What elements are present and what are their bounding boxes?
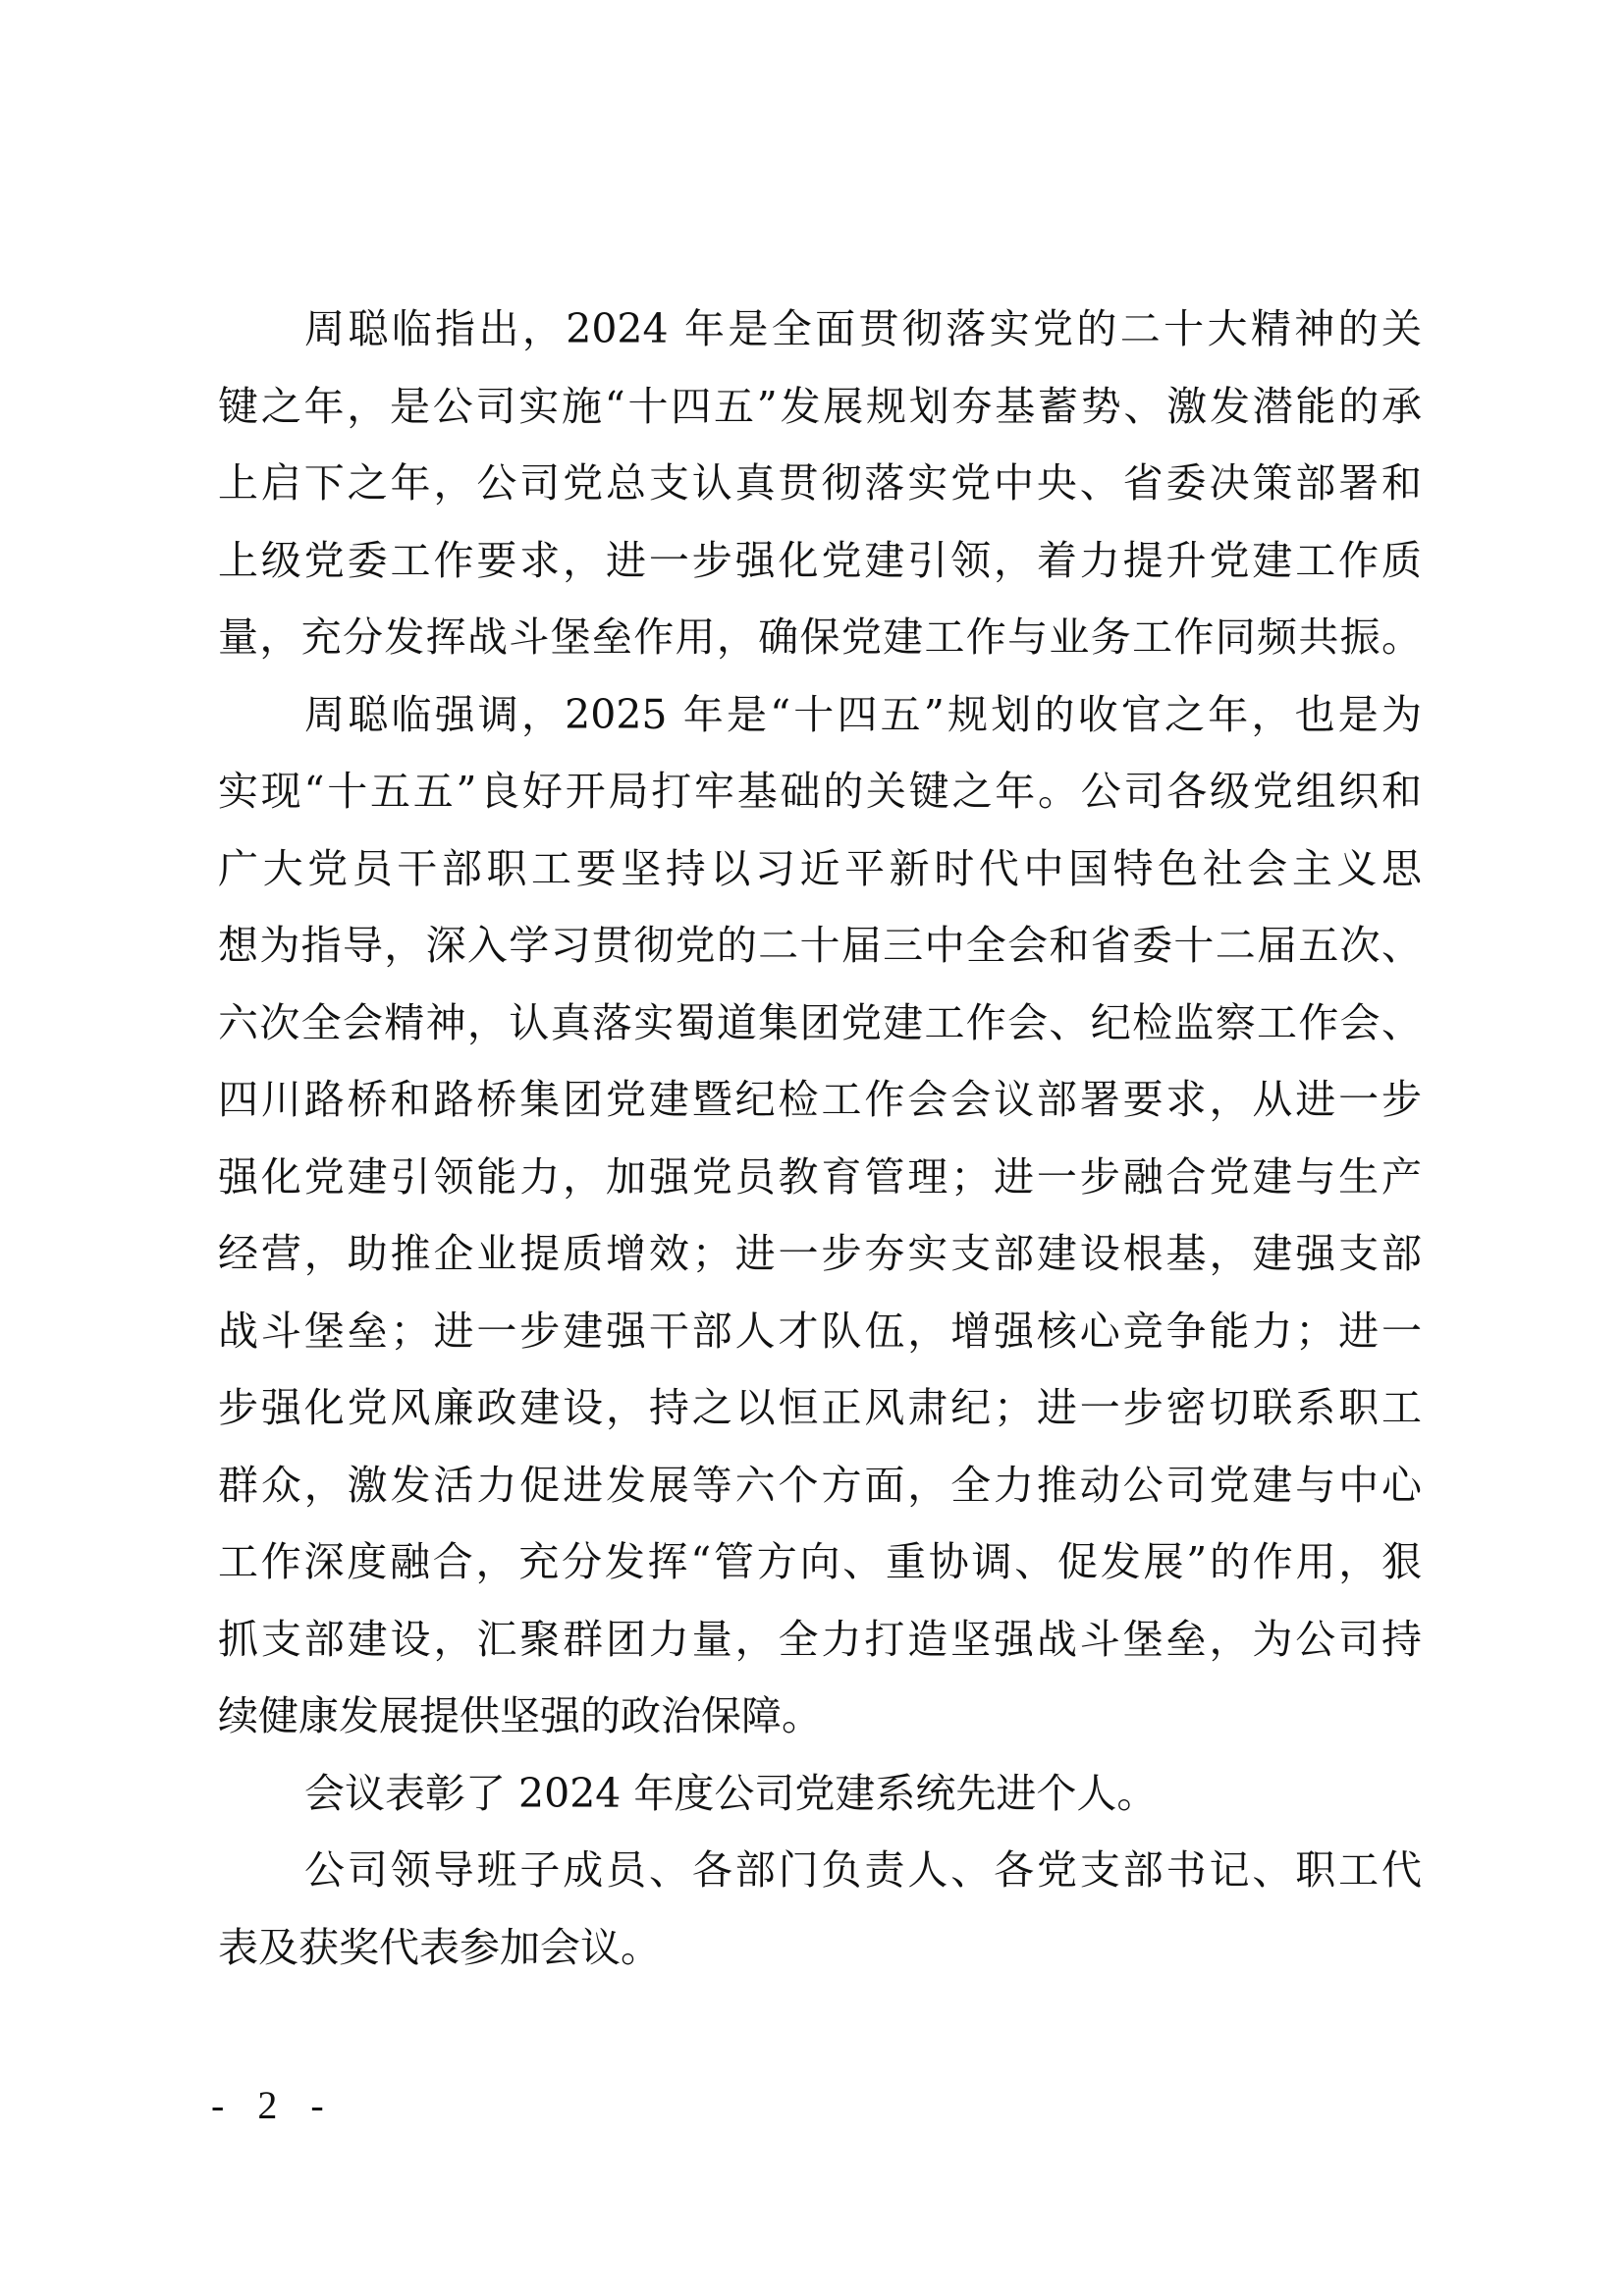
document-page: 周聪临指出，2024 年是全面贯彻落实党的二十大精神的关 键之年，是公司实施“十… [0, 0, 1624, 2296]
text-line: 抓支部建设，汇聚群团力量，全力打造坚强战斗堡垒，为公司持 [218, 1601, 1422, 1679]
text-line: 实现“十五五”良好开局打牢基础的关键之年。公司各级党组织和 [218, 753, 1422, 830]
document-body: 周聪临指出，2024 年是全面贯彻落实党的二十大精神的关 键之年，是公司实施“十… [218, 291, 1422, 1986]
text-line: 四川路桥和路桥集团党建暨纪检工作会会议部署要求，从进一步 [218, 1061, 1422, 1139]
paragraph-4: 公司领导班子成员、各部门负责人、各党支部书记、职工代 表及获奖代表参加会议。 [218, 1832, 1422, 1986]
text-line: 六次全会精神，认真落实蜀道集团党建工作会、纪检监察工作会、 [218, 985, 1422, 1062]
text-line: 公司领导班子成员、各部门负责人、各党支部书记、职工代 [218, 1832, 1422, 1909]
paragraph-1: 周聪临指出，2024 年是全面贯彻落实党的二十大精神的关 键之年，是公司实施“十… [218, 291, 1422, 676]
text-line: 想为指导，深入学习贯彻党的二十届三中全会和省委十二届五次、 [218, 907, 1422, 985]
text-line: 广大党员干部职工要坚持以习近平新时代中国特色社会主义思 [218, 830, 1422, 908]
text-line: 强化党建引领能力，加强党员教育管理；进一步融合党建与生产 [218, 1139, 1422, 1216]
text-line: 经营，助推企业提质增效；进一步夯实支部建设根基，建强支部 [218, 1215, 1422, 1293]
text-line: 表及获奖代表参加会议。 [218, 1909, 1422, 1987]
page-number: - 2 - [211, 2081, 336, 2130]
text-line: 上级党委工作要求，进一步强化党建引领，着力提升党建工作质 [218, 522, 1422, 600]
text-line: 工作深度融合，充分发挥“管方向、重协调、促发展”的作用，狠 [218, 1523, 1422, 1601]
paragraph-3: 会议表彰了 2024 年度公司党建系统先进个人。 [218, 1755, 1422, 1833]
text-line: 上启下之年，公司党总支认真贯彻落实党中央、省委决策部署和 [218, 445, 1422, 522]
paragraph-2: 周聪临强调，2025 年是“十四五”规划的收官之年，也是为 实现“十五五”良好开… [218, 676, 1422, 1755]
text-line: 会议表彰了 2024 年度公司党建系统先进个人。 [218, 1755, 1422, 1833]
text-line: 群众，激发活力促进发展等六个方面，全力推动公司党建与中心 [218, 1447, 1422, 1524]
text-line: 周聪临指出，2024 年是全面贯彻落实党的二十大精神的关 [218, 291, 1422, 368]
text-line: 周聪临强调，2025 年是“十四五”规划的收官之年，也是为 [218, 676, 1422, 754]
text-line: 量，充分发挥战斗堡垒作用，确保党建工作与业务工作同频共振。 [218, 599, 1422, 676]
text-line: 续健康发展提供坚强的政治保障。 [218, 1678, 1422, 1755]
text-line: 战斗堡垒；进一步建强干部人才队伍，增强核心竞争能力；进一 [218, 1293, 1422, 1370]
text-line: 键之年，是公司实施“十四五”发展规划夯基蓄势、激发潜能的承 [218, 368, 1422, 446]
text-line: 步强化党风廉政建设，持之以恒正风肃纪；进一步密切联系职工 [218, 1369, 1422, 1447]
